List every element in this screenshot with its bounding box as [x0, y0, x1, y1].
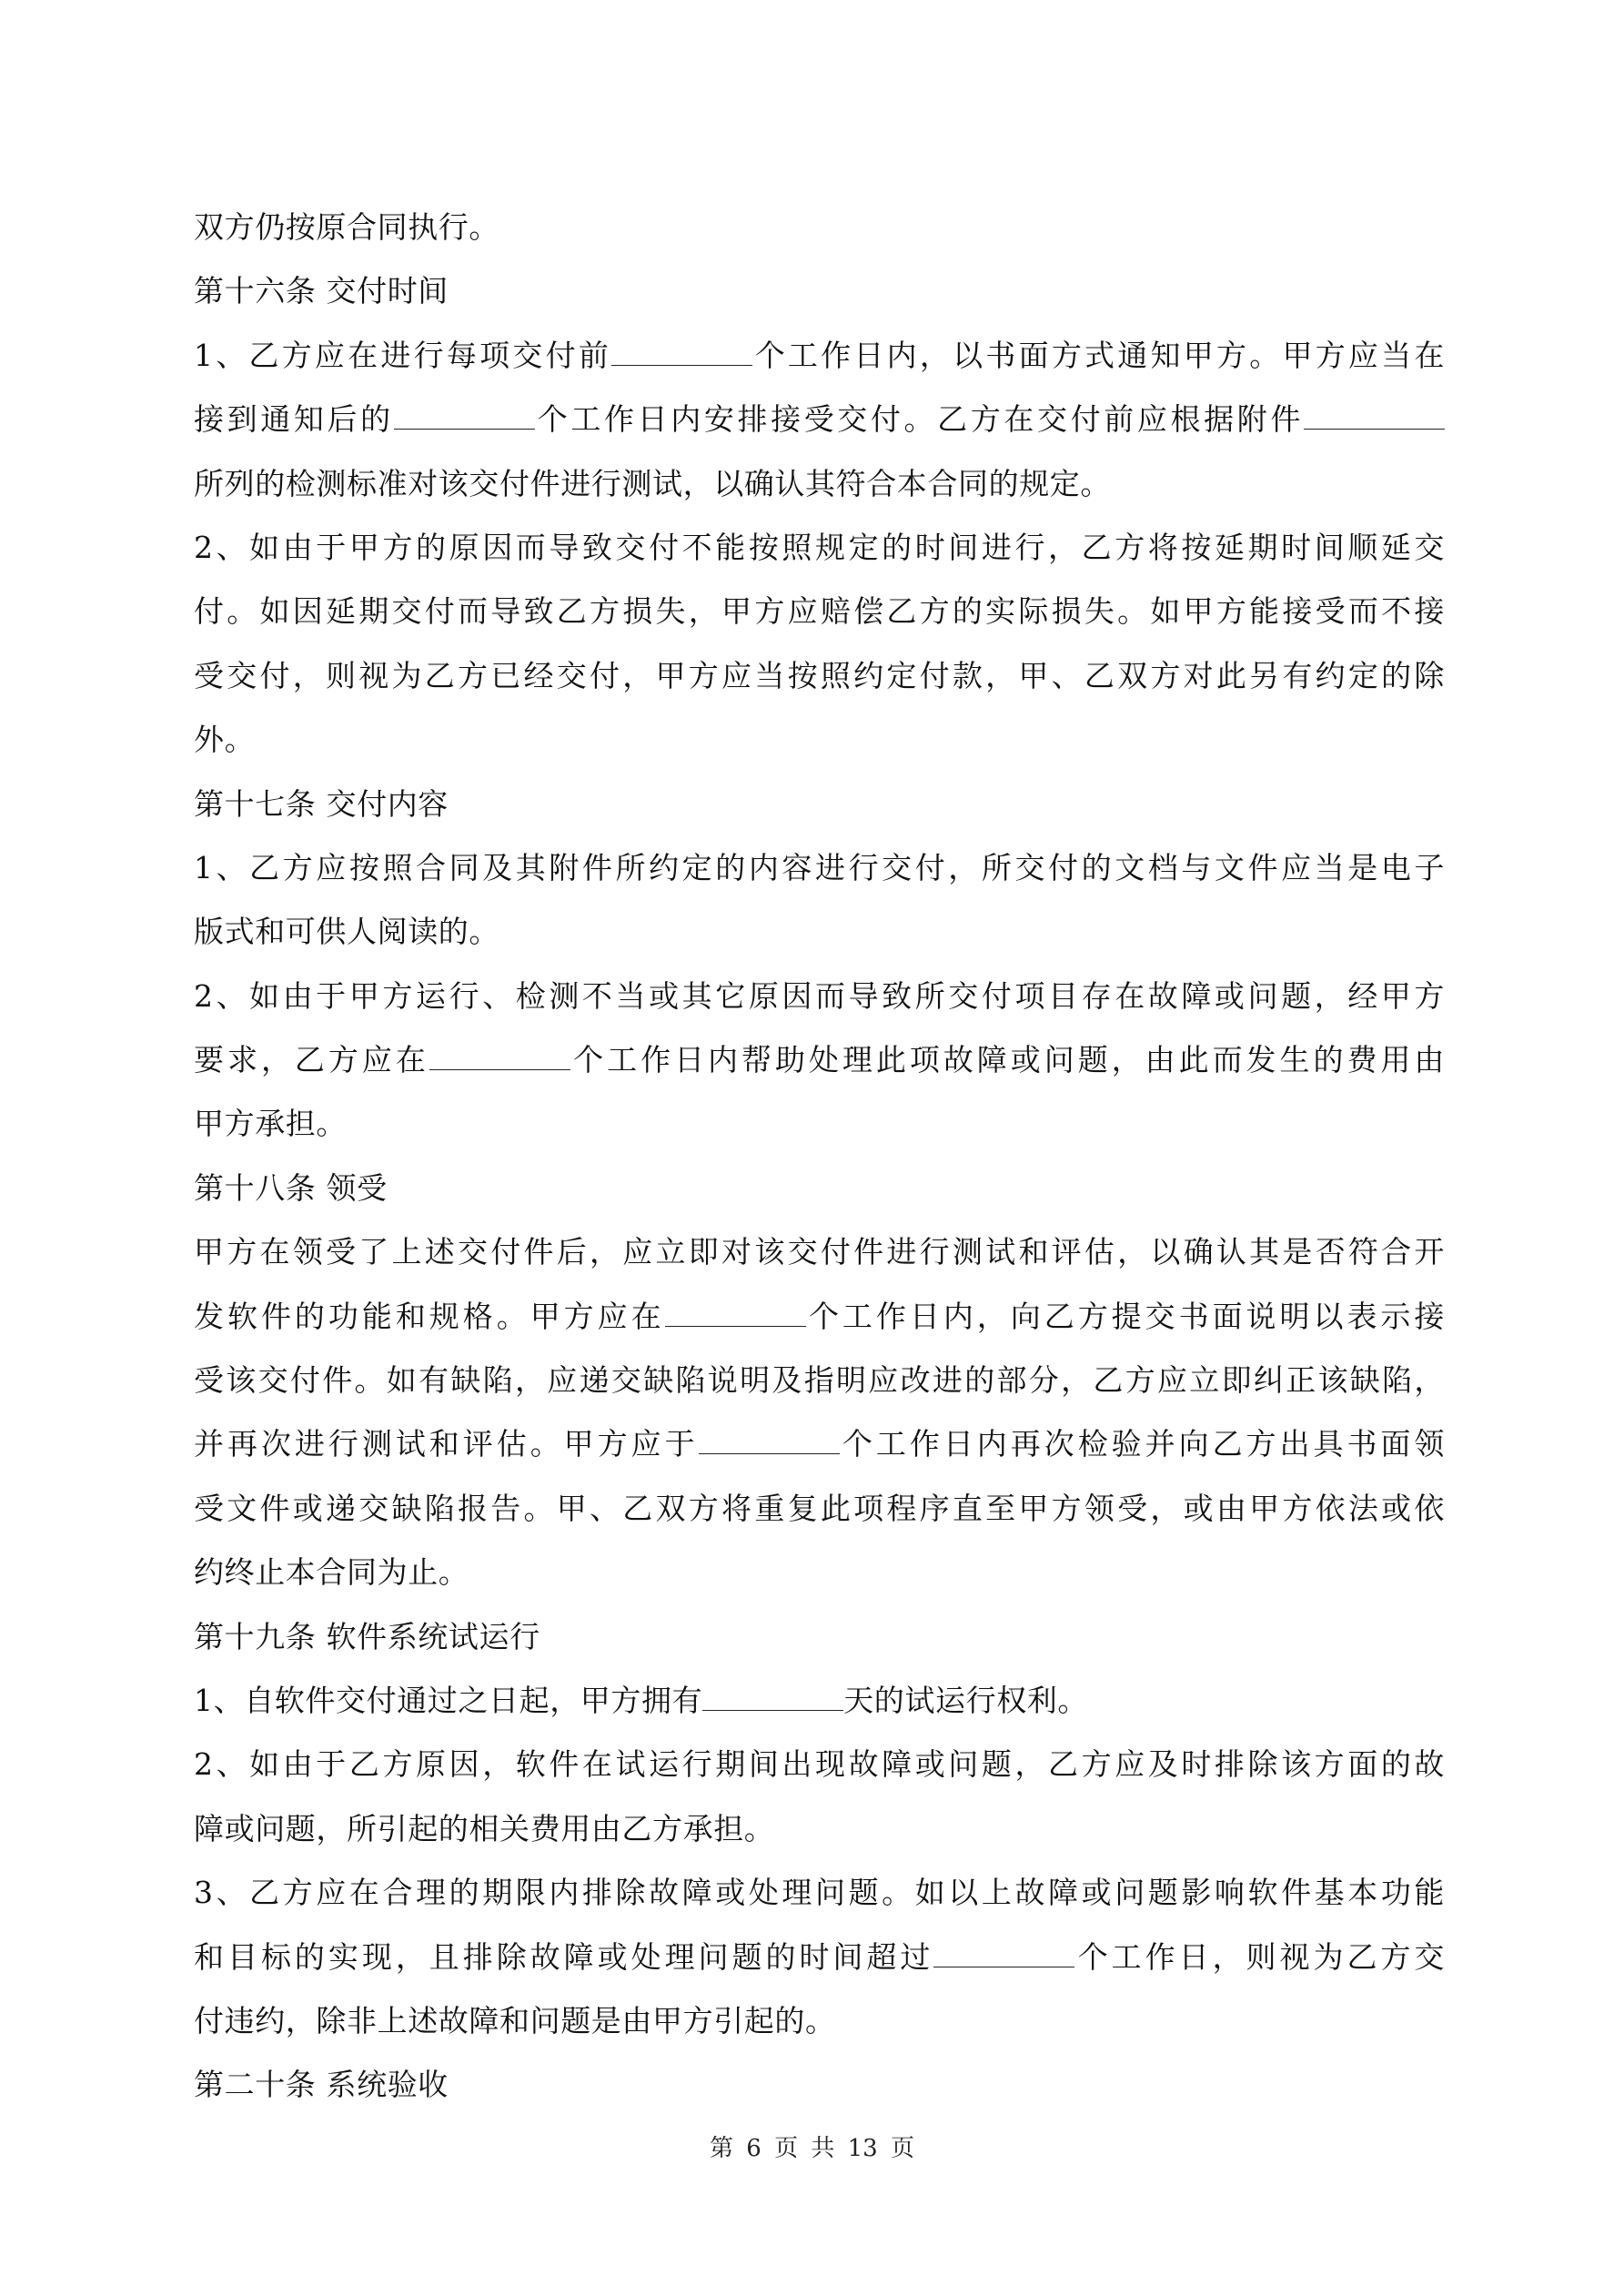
text-line: 付违约，除非上述故障和问题是由甲方引起的。 — [194, 1994, 1445, 2058]
article-heading: 第十九条 软件系统试运行 — [194, 1610, 1445, 1674]
text-line: 2、如由于乙方原因，软件在试运行期间出现故障或问题，乙方应及时排除该方面的故 — [194, 1737, 1445, 1801]
text-line: 外。 — [194, 713, 1445, 776]
text-line: 发软件的功能和规格。甲方应在个工作日内，向乙方提交书面说明以表示接 — [194, 1290, 1445, 1353]
text-line: 受该交付件。如有缺陷，应递交缺陷说明及指明应改进的部分，乙方应立即纠正该缺陷， — [194, 1353, 1445, 1417]
text-line: 甲方在领受了上述交付件后，应立即对该交付件进行测试和评估，以确认其是否符合开 — [194, 1225, 1445, 1289]
text-segment: 发软件的功能和规格。甲方应在 — [194, 1299, 665, 1334]
text-line: 1、自软件交付通过之日起，甲方拥有天的试运行权利。 — [194, 1674, 1445, 1737]
text-line: 要求，乙方应在个工作日内帮助处理此项故障或问题，由此而发生的费用由 — [194, 1033, 1445, 1097]
text-line: 1、乙方应在进行每项交付前个工作日内，以书面方式通知甲方。甲方应当在 — [194, 329, 1445, 392]
text-segment: 接到通知后的 — [194, 401, 394, 437]
fill-in-blank[interactable] — [665, 1295, 806, 1327]
document-page: 双方仍按原合同执行。第十六条 交付时间1、乙方应在进行每项交付前个工作日内，以书… — [0, 0, 1624, 2296]
text-segment: 和目标的实现，且排除故障或处理问题的时间超过 — [194, 1939, 933, 1975]
text-line: 3、乙方应在合理的期限内排除故障或处理问题。如以上故障或问题影响软件基本功能 — [194, 1866, 1445, 1929]
text-segment: 个工作日内，向乙方提交书面说明以表示接 — [806, 1299, 1445, 1334]
page-footer: 第 6 页 共 13 页 — [0, 2129, 1624, 2163]
text-line: 受交付，则视为乙方已经交付，甲方应当按照约定付款，甲、乙双方对此另有约定的除 — [194, 649, 1445, 713]
fill-in-blank[interactable] — [429, 1038, 570, 1070]
text-segment: 个工作日内帮助处理此项故障或问题，由此而发生的费用由 — [570, 1042, 1445, 1077]
fill-in-blank[interactable] — [394, 398, 535, 430]
article-heading: 第十八条 领受 — [194, 1161, 1445, 1225]
text-line: 2、如由于甲方运行、检测不当或其它原因而导致所交付项目存在故障或问题，经甲方 — [194, 969, 1445, 1033]
text-line: 所列的检测标准对该交付件进行测试，以确认其符合本合同的规定。 — [194, 457, 1445, 521]
text-line: 1、乙方应按照合同及其附件所约定的内容进行交付，所交付的文档与文件应当是电子 — [194, 841, 1445, 905]
text-segment: 天的试运行权利。 — [843, 1683, 1088, 1718]
text-line: 并再次进行测试和评估。甲方应于个工作日内再次检验并向乙方出具书面领 — [194, 1417, 1445, 1481]
fill-in-blank[interactable] — [933, 1936, 1074, 1967]
fill-in-blank[interactable] — [1304, 398, 1445, 430]
text-segment: 1、乙方应在进行每项交付前 — [194, 338, 611, 373]
text-segment: 要求，乙方应在 — [194, 1042, 429, 1077]
text-line: 和目标的实现，且排除故障或处理问题的时间超过个工作日，则视为乙方交 — [194, 1930, 1445, 1994]
article-heading: 第十六条 交付时间 — [194, 264, 1445, 328]
text-line: 甲方承担。 — [194, 1097, 1445, 1160]
text-segment: 1、自软件交付通过之日起，甲方拥有 — [194, 1683, 702, 1718]
text-line: 受文件或递交缺陷报告。甲、乙双方将重复此项程序直至甲方领受，或由甲方依法或依 — [194, 1482, 1445, 1545]
article-heading: 第二十条 系统验收 — [194, 2058, 1445, 2121]
text-line: 接到通知后的个工作日内安排接受交付。乙方在交付前应根据附件 — [194, 392, 1445, 456]
fill-in-blank[interactable] — [611, 334, 752, 366]
text-line: 障或问题，所引起的相关费用由乙方承担。 — [194, 1802, 1445, 1866]
fill-in-blank[interactable] — [702, 1679, 843, 1711]
text-segment: 个工作日内，以书面方式通知甲方。甲方应当在 — [752, 338, 1445, 373]
text-line: 付。如因延期交付而导致乙方损失，甲方应赔偿乙方的实际损失。如甲方能接受而不接 — [194, 584, 1445, 648]
fill-in-blank[interactable] — [699, 1422, 840, 1454]
text-segment: 个工作日内安排接受交付。乙方在交付前应根据附件 — [535, 401, 1304, 437]
text-segment: 个工作日内再次检验并向乙方出具书面领 — [840, 1426, 1445, 1462]
document-body: 双方仍按原合同执行。第十六条 交付时间1、乙方应在进行每项交付前个工作日内，以书… — [194, 200, 1445, 2122]
text-segment: 个工作日，则视为乙方交 — [1074, 1939, 1445, 1975]
text-line: 约终止本合同为止。 — [194, 1545, 1445, 1609]
text-line: 双方仍按原合同执行。 — [194, 200, 1445, 264]
text-segment: 并再次进行测试和评估。甲方应于 — [194, 1426, 699, 1462]
article-heading: 第十七条 交付内容 — [194, 777, 1445, 841]
text-line: 版式和可供人阅读的。 — [194, 905, 1445, 968]
text-line: 2、如由于甲方的原因而导致交付不能按照规定的时间进行，乙方将按延期时间顺延交 — [194, 521, 1445, 584]
